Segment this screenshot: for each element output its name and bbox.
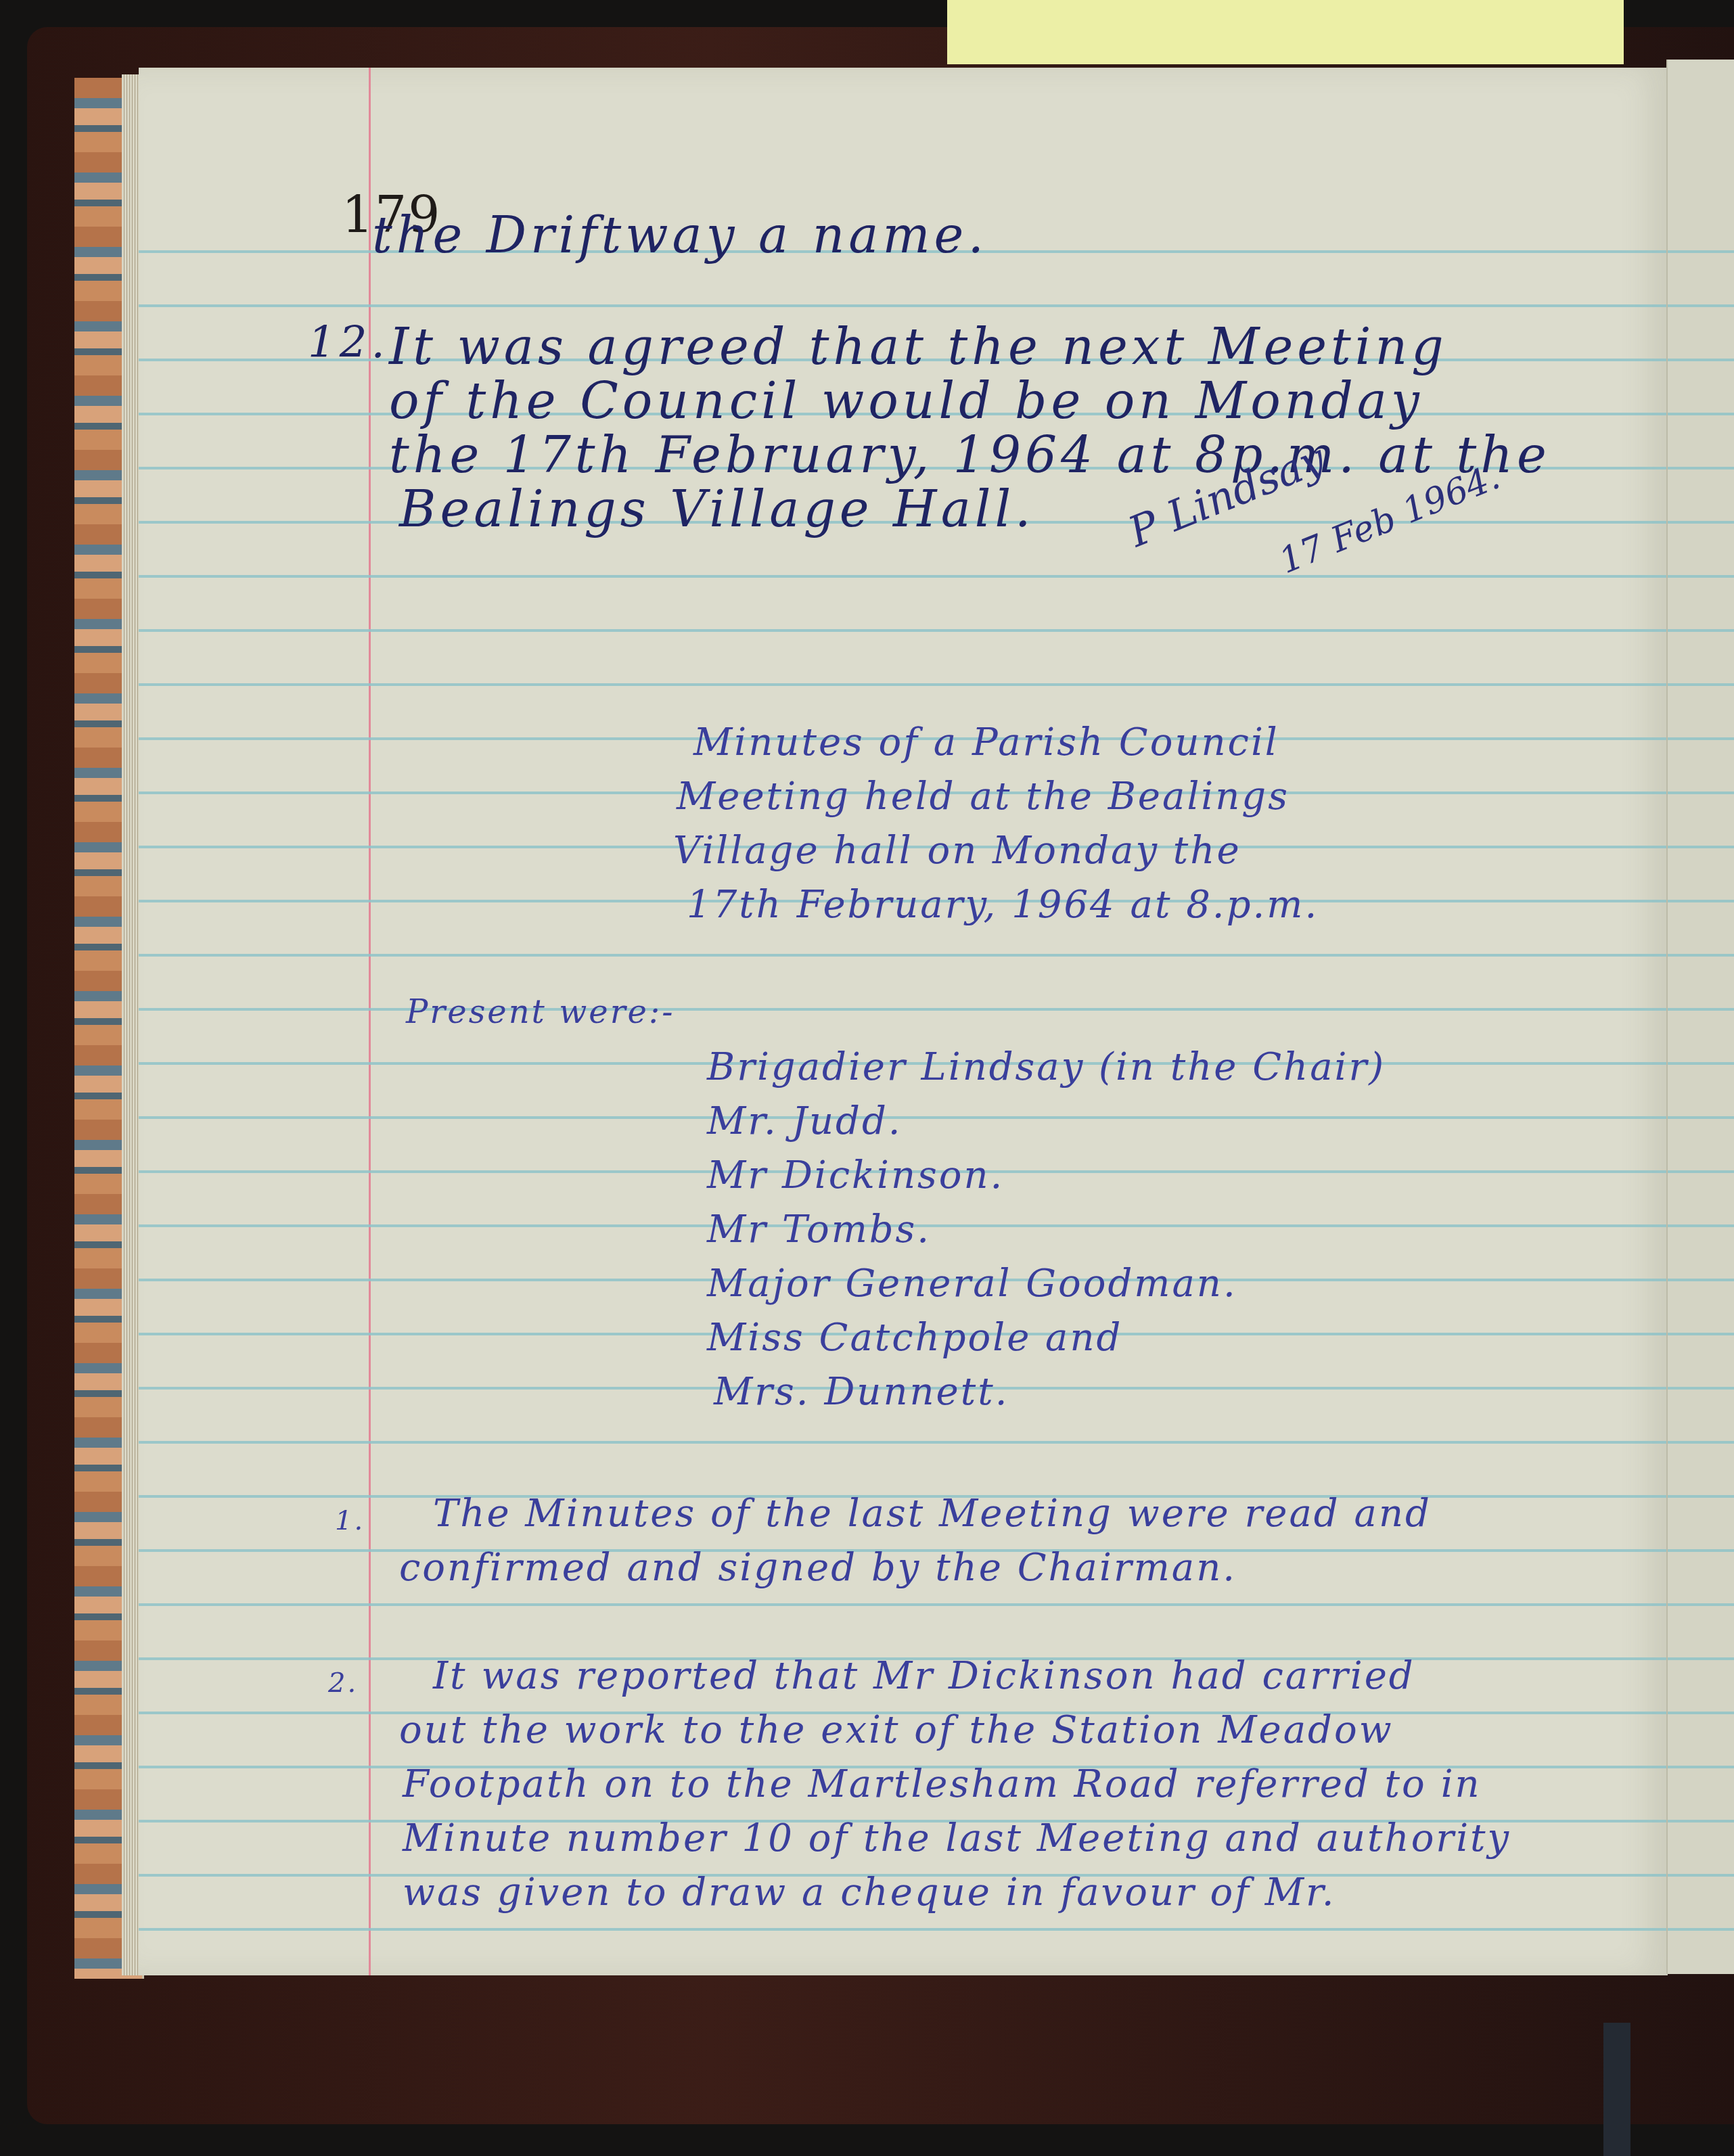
ruled-line — [139, 1116, 1668, 1119]
item-1-line: confirmed and signed by the Chairman. — [399, 1546, 1237, 1590]
item-12-line: of the Council would be on Monday — [389, 372, 1423, 430]
minutes-heading-line: Minutes of a Parish Council — [693, 720, 1279, 764]
ruled-line — [139, 1603, 1668, 1606]
ruled-line — [139, 683, 1668, 686]
ruled-line — [139, 1441, 1668, 1444]
item-1-line: The Minutes of the last Meeting were rea… — [433, 1492, 1432, 1536]
item-2-line: Footpath on to the Martlesham Road refer… — [403, 1762, 1482, 1806]
item-12-line: Bealings Village Hall. — [399, 480, 1035, 538]
ruled-line — [139, 575, 1668, 578]
attendee: Brigadier Lindsay (in the Chair) — [707, 1045, 1386, 1089]
attendee: Mr. Judd. — [707, 1099, 903, 1143]
ruled-line — [139, 629, 1668, 632]
attendee: Major General Goodman. — [707, 1262, 1237, 1306]
item-12-line: the 17th February, 1964 at 8p.m. at the — [389, 426, 1551, 484]
minutes-heading-line: Meeting held at the Bealings — [677, 775, 1290, 819]
ledger-page: 179 the Driftway a name. 12. It was agre… — [139, 68, 1668, 1975]
continued-text: the Driftway a name. — [372, 206, 988, 265]
bookmark-ribbon — [1603, 2023, 1630, 2156]
attendee: Mr Tombs. — [707, 1208, 931, 1252]
ruled-line — [139, 1008, 1668, 1011]
item-2-line: was given to draw a cheque in favour of … — [403, 1871, 1336, 1914]
attendee: Mr Dickinson. — [707, 1153, 1004, 1197]
minutes-heading-line: 17th February, 1964 at 8.p.m. — [687, 883, 1319, 927]
facing-page-edge — [1666, 60, 1734, 1974]
minutes-heading-line: Village hall on Monday the — [673, 829, 1241, 873]
item-12-line: It was agreed that the next Meeting — [389, 318, 1448, 376]
ruled-line — [139, 304, 1668, 307]
item-number: 1. — [335, 1505, 365, 1536]
item-2-line: out the work to the exit of the Station … — [399, 1708, 1394, 1752]
sticky-note — [947, 0, 1624, 64]
item-2-line: Minute number 10 of the last Meeting and… — [403, 1816, 1511, 1860]
ruled-line — [139, 954, 1668, 957]
ruled-line — [139, 1928, 1668, 1931]
item-number: 2. — [328, 1668, 358, 1699]
item-2-line: It was reported that Mr Dickinson had ca… — [433, 1654, 1415, 1698]
attendee: Mrs. Dunnett. — [714, 1370, 1009, 1414]
attendee: Miss Catchpole and — [707, 1316, 1122, 1360]
present-label: Present were:- — [406, 993, 675, 1031]
item-number: 12. — [308, 318, 389, 368]
